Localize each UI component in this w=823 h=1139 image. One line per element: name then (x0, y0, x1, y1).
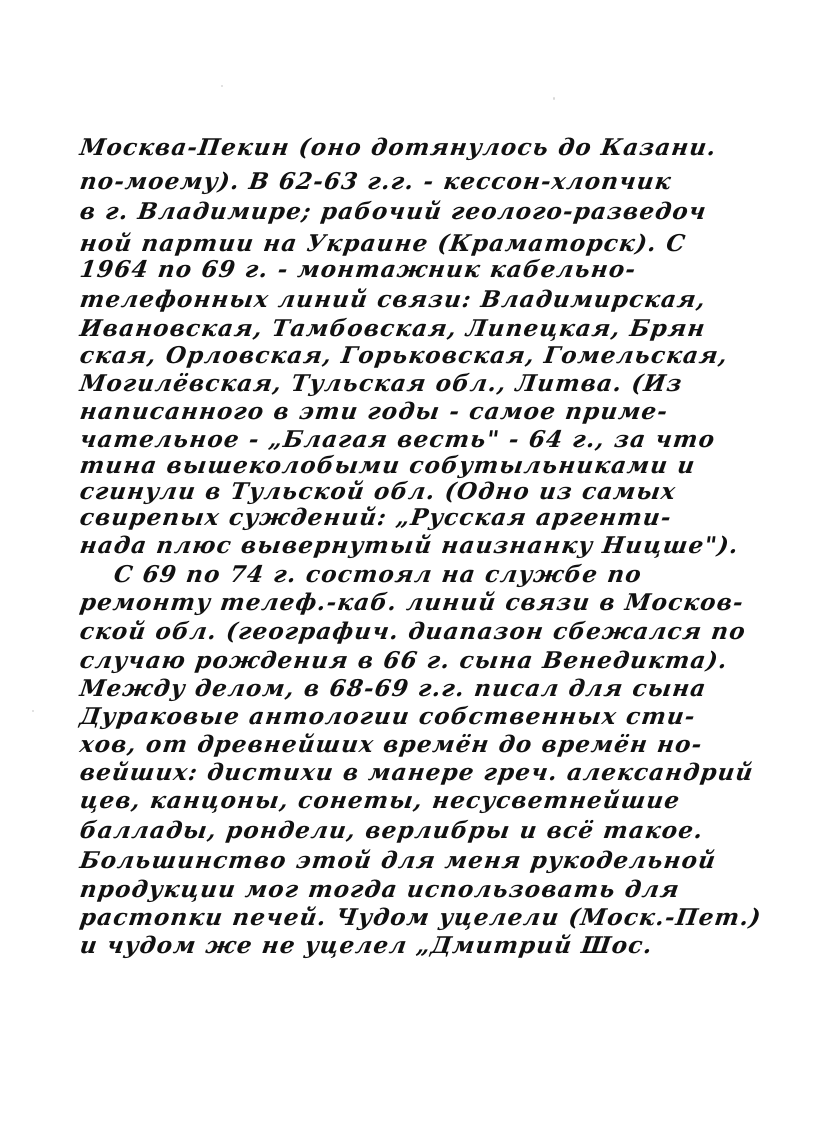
manuscript-line: Между делом, в 68-69 г.г. писал для сына (78, 675, 708, 703)
manuscript-line: ской обл. (географич. диапазон сбежался … (78, 618, 748, 646)
manuscript-line: Москва-Пекин (оно дотянулось до Казани. (78, 134, 719, 162)
manuscript-line: С 69 по 74 г. состоял на службе по (112, 561, 644, 589)
manuscript-line: продукции мог тогда использовать для (78, 876, 682, 904)
manuscript-line: случаю рождения в 66 г. сына Венедикта). (78, 647, 730, 675)
manuscript-line: свирепых суждений: „Русская аргенти- (78, 504, 674, 532)
scan-speck (32, 710, 34, 712)
manuscript-line: ной партии на Украине (Краматорск). С (78, 230, 688, 258)
scan-speck (640, 600, 642, 602)
scan-speck (553, 97, 555, 100)
manuscript-line: Ивановская, Тамбовская, Липецкая, Брян (78, 315, 708, 343)
manuscript-page: Москва-Пекин (оно дотянулось до Казани.п… (0, 0, 823, 1139)
manuscript-line: в г. Владимире; рабочий геолого-разведоч (78, 198, 709, 226)
manuscript-line: написанного в эти годы - самое приме- (78, 398, 670, 426)
manuscript-line: баллады, рондели, верлибры и всё такое. (78, 817, 705, 845)
manuscript-line: чательное - „Благая весть" - 64 г., за ч… (78, 426, 717, 454)
manuscript-line: Большинство этой для меня рукодельной (78, 847, 718, 875)
manuscript-line: Могилёвская, Тульская обл., Литва. (Из (78, 370, 685, 398)
scan-speck (221, 85, 223, 87)
manuscript-line: сгинули в Тульской обл. (Одно из самых (78, 478, 678, 506)
manuscript-line: ремонту телеф.-каб. линий связи в Москов… (78, 589, 746, 617)
manuscript-line: хов, от древнейших времён до времён но- (78, 731, 704, 759)
manuscript-line: цев, канцоны, сонеты, несусветнейшие (78, 787, 682, 815)
manuscript-line: и чудом же не уцелел „Дмитрий Шос. (78, 932, 655, 960)
manuscript-line: ская, Орловская, Горьковская, Гомельская… (78, 342, 730, 370)
manuscript-line: Дураковые антологии собственных сти- (78, 703, 698, 731)
manuscript-line: растопки печей. Чудом уцелели (Моск.-Пет… (78, 904, 763, 932)
manuscript-line: по-моему). В 62-63 г.г. - кессон-хлопчик (78, 168, 674, 196)
manuscript-line: тина вышеколобыми собутыльниками и (78, 452, 697, 480)
manuscript-line: нада плюс вывернутый наизнанку Ницше"). (78, 532, 741, 560)
manuscript-line: 1964 по 69 г. - монтажник кабельно- (78, 256, 638, 284)
manuscript-line: телефонных линий связи: Владимирская, (78, 286, 708, 314)
manuscript-line: вейших: дистихи в манере греч. александр… (78, 759, 756, 787)
